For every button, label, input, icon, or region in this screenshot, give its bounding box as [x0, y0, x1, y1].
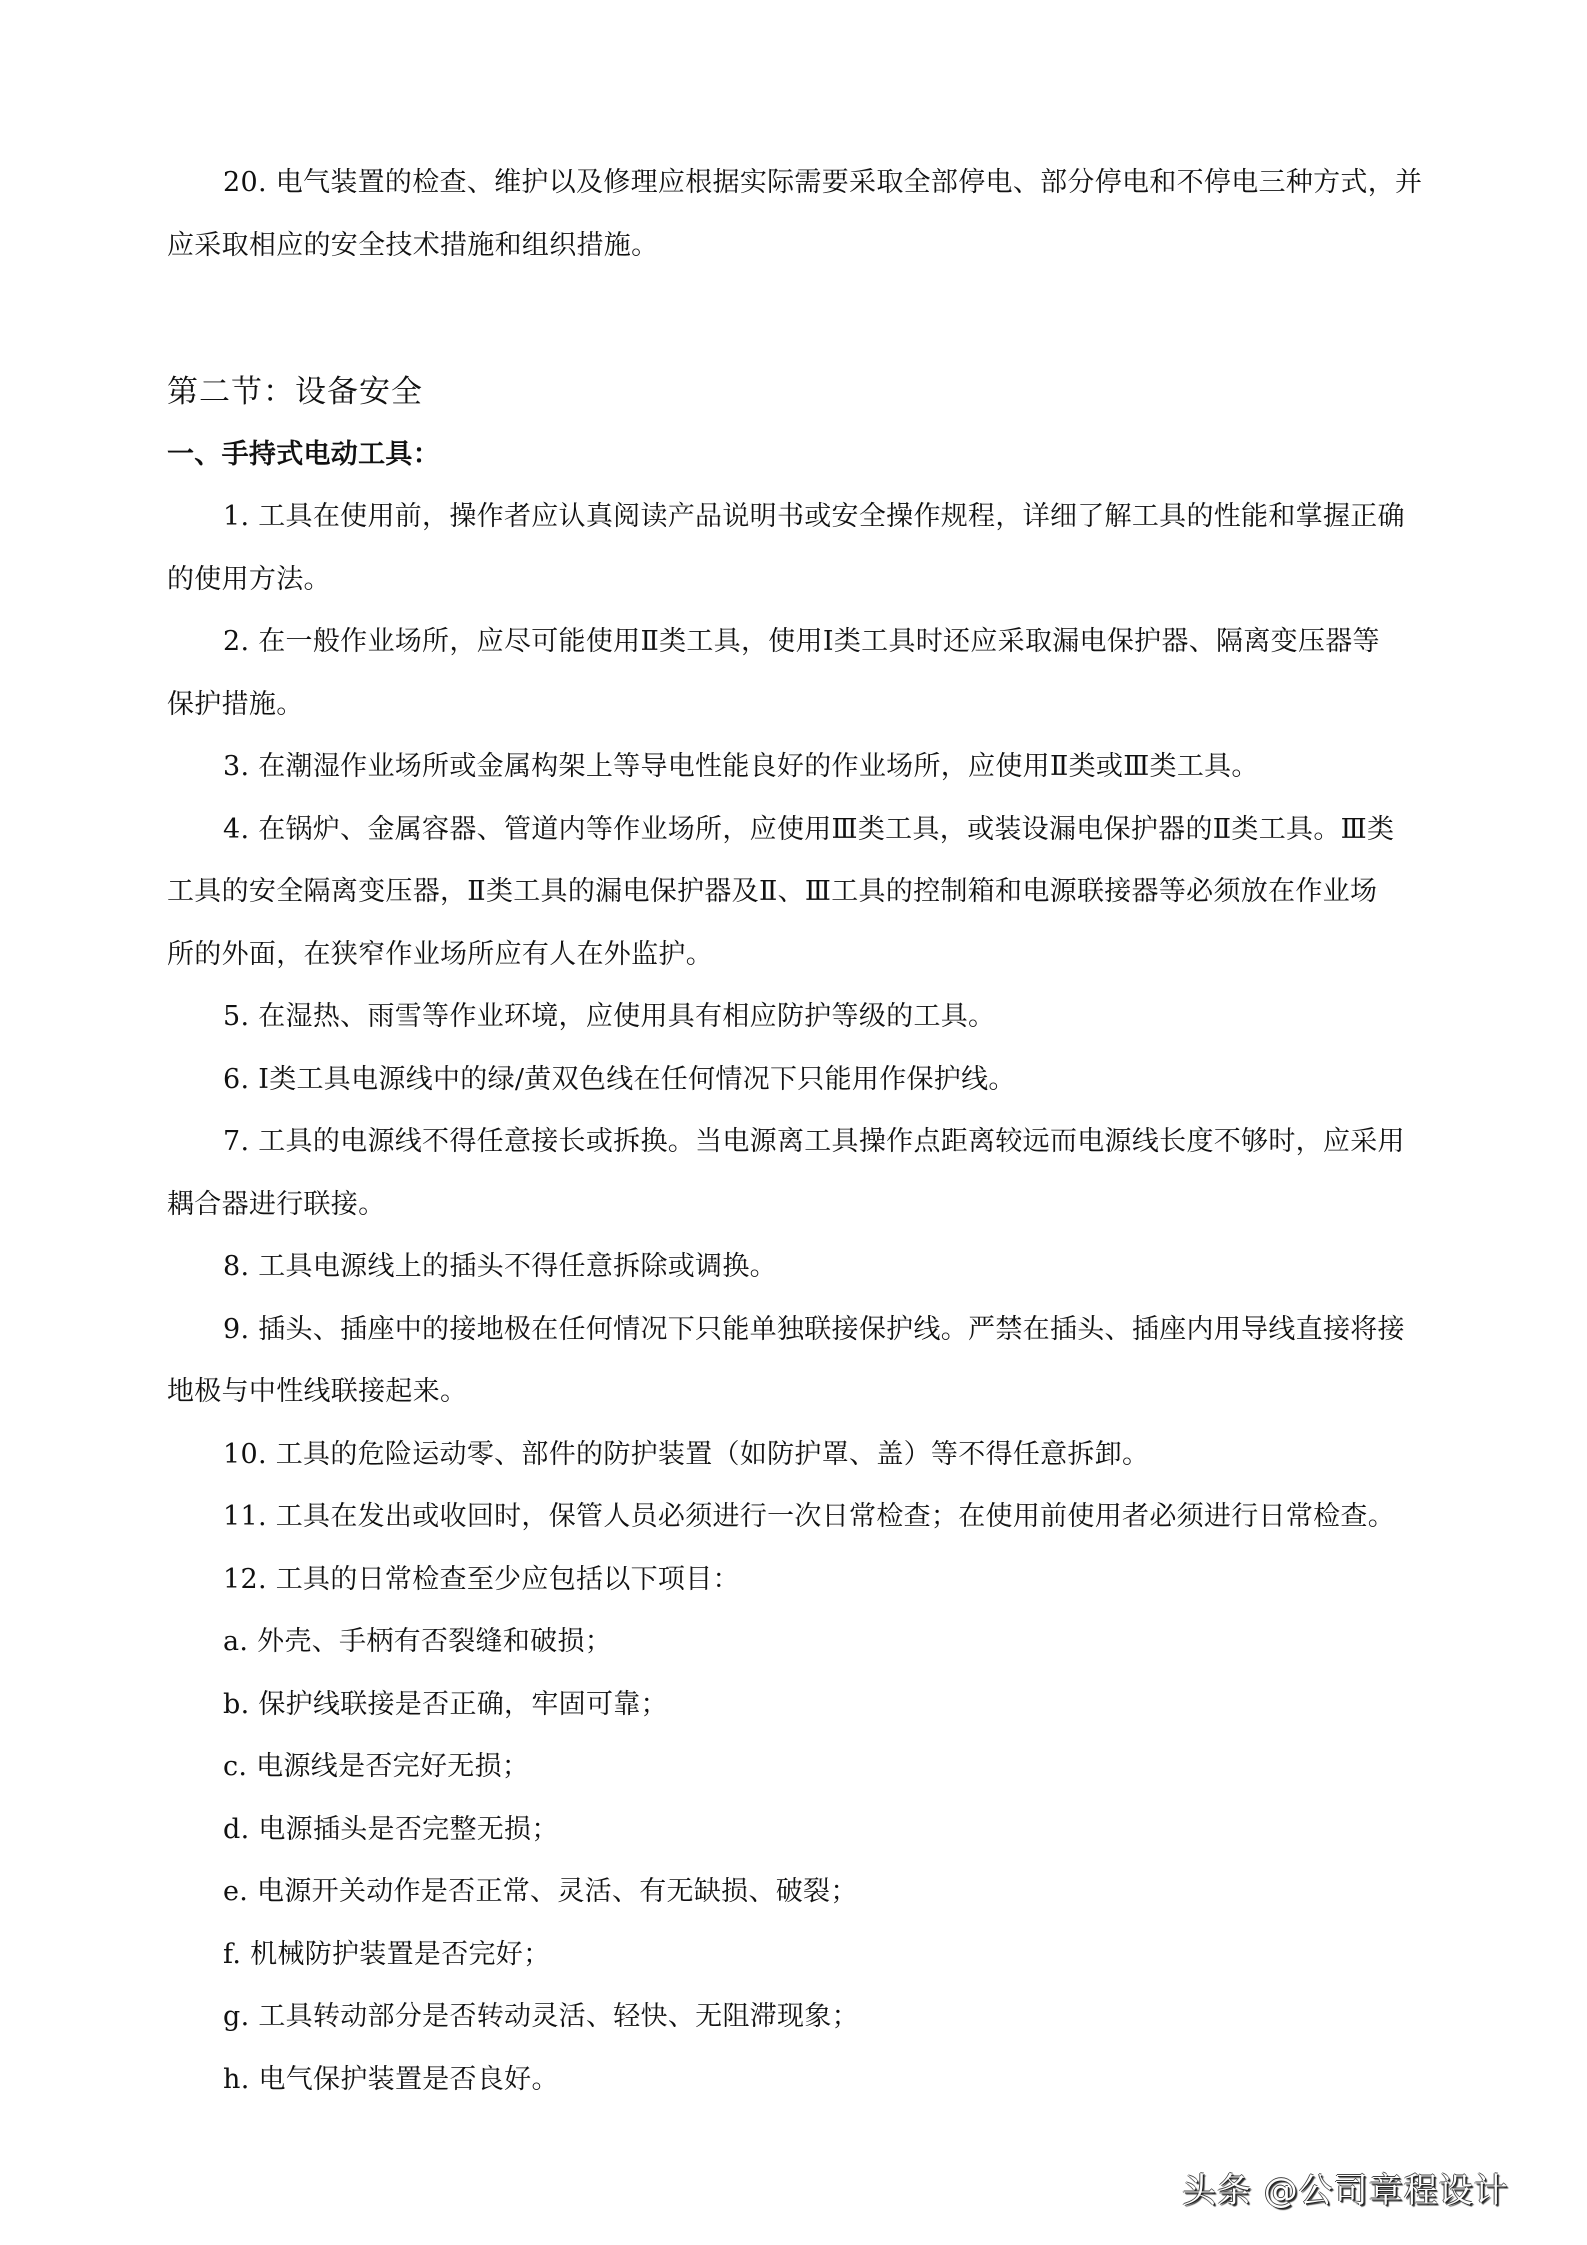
item-6-line-1: 6. Ⅰ类工具电源线中的绿/黄双色线在任何情况下只能用作保护线。: [223, 1060, 1513, 1100]
subsection-heading: 一、手持式电动工具：: [167, 435, 1457, 475]
document-page: 20. 电气装置的检查、维护以及修理应根据实际需要采取全部停电、部分停电和不停电…: [0, 0, 1587, 2245]
watermark: 头条 @公司章程设计: [1182, 2170, 1509, 2212]
paragraph-20-line-1: 20. 电气装置的检查、维护以及修理应根据实际需要采取全部停电、部分停电和不停电…: [223, 163, 1513, 203]
checklist-item-f: f. 机械防护装置是否完好；: [223, 1935, 1513, 1975]
item-4-line-3: 所的外面，在狭窄作业场所应有人在外监护。: [167, 935, 1457, 975]
checklist-item-e: e. 电源开关动作是否正常、灵活、有无缺损、破裂；: [223, 1872, 1513, 1912]
checklist-item-b: b. 保护线联接是否正确，牢固可靠；: [223, 1685, 1513, 1725]
checklist-item-a: a. 外壳、手柄有否裂缝和破损；: [223, 1622, 1513, 1662]
item-4-line-2: 工具的安全隔离变压器，Ⅱ类工具的漏电保护器及Ⅱ、Ⅲ工具的控制箱和电源联接器等必须…: [167, 872, 1457, 912]
paragraph-20-line-2: 应采取相应的安全技术措施和组织措施。: [167, 226, 1457, 266]
item-2-line-1: 2. 在一般作业场所，应尽可能使用Ⅱ类工具，使用Ⅰ类工具时还应采取漏电保护器、隔…: [223, 622, 1513, 662]
item-4-line-1: 4. 在锅炉、金属容器、管道内等作业场所，应使用Ⅲ类工具，或装设漏电保护器的Ⅱ类…: [223, 810, 1513, 850]
item-2-line-2: 保护措施。: [167, 685, 1457, 725]
item-5-line-1: 5. 在湿热、雨雪等作业环境，应使用具有相应防护等级的工具。: [223, 997, 1513, 1037]
item-3-line-1: 3. 在潮湿作业场所或金属构架上等导电性能良好的作业场所，应使用Ⅱ类或Ⅲ类工具。: [223, 747, 1513, 787]
checklist-item-g: g. 工具转动部分是否转动灵活、轻快、无阻滞现象；: [223, 1997, 1513, 2037]
item-12-line-1: 12. 工具的日常检查至少应包括以下项目：: [223, 1560, 1513, 1600]
item-9-line-1: 9. 插头、插座中的接地极在任何情况下只能单独联接保护线。严禁在插头、插座内用导…: [223, 1310, 1513, 1350]
item-10-line-1: 10. 工具的危险运动零、部件的防护装置（如防护罩、盖）等不得任意拆卸。: [223, 1435, 1513, 1475]
item-11-line-1: 11. 工具在发出或收回时，保管人员必须进行一次日常检查；在使用前使用者必须进行…: [223, 1497, 1513, 1537]
item-1-line-1: 1. 工具在使用前，操作者应认真阅读产品说明书或安全操作规程，详细了解工具的性能…: [223, 497, 1513, 537]
checklist-item-d: d. 电源插头是否完整无损；: [223, 1810, 1513, 1850]
item-8-line-1: 8. 工具电源线上的插头不得任意拆除或调换。: [223, 1247, 1513, 1287]
item-7-line-2: 耦合器进行联接。: [167, 1185, 1457, 1225]
item-9-line-2: 地极与中性线联接起来。: [167, 1372, 1457, 1412]
item-7-line-1: 7. 工具的电源线不得任意接长或拆换。当电源离工具操作点距离较远而电源线长度不够…: [223, 1122, 1513, 1162]
section-heading: 第二节：设备安全: [167, 372, 1457, 412]
checklist-item-h: h. 电气保护装置是否良好。: [223, 2060, 1513, 2100]
item-1-line-2: 的使用方法。: [167, 560, 1457, 600]
checklist-item-c: c. 电源线是否完好无损；: [223, 1747, 1513, 1787]
